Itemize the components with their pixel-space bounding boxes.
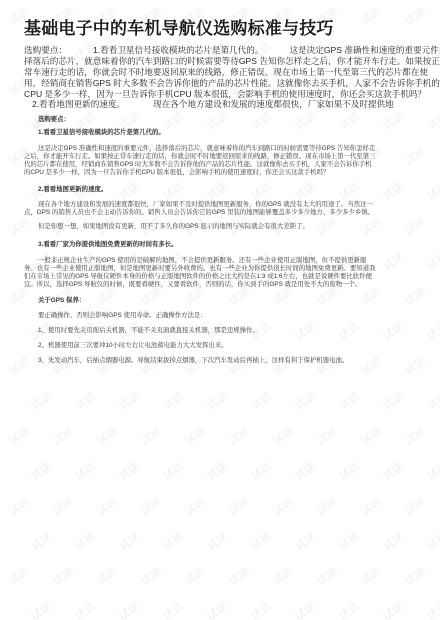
watermark-text: 试读	[379, 598, 406, 620]
watermark-text: 试读	[159, 528, 186, 554]
watermark-text: 试读	[335, 598, 362, 620]
watermark-text: 试读	[225, 423, 252, 449]
watermark-text: 试读	[379, 388, 406, 414]
watermark-text: 试读	[115, 598, 142, 620]
watermark-text: 试读	[159, 598, 186, 620]
watermark-text: 试读	[137, 493, 164, 519]
watermark-text: 试读	[335, 318, 362, 344]
watermark-text: 试读	[401, 3, 428, 29]
watermark-text: 试读	[27, 598, 54, 620]
watermark-text: 试读	[379, 528, 406, 554]
section-3-line: 宜。所以，选择GPS 导航仪的时候，既要看硬件，又要看软件，否则的话，你买到手的…	[24, 279, 361, 288]
watermark-text: 试读	[401, 143, 428, 169]
watermark-text: 试读	[137, 423, 164, 449]
watermark-text: 试读	[313, 493, 340, 519]
watermark-text: 试读	[247, 598, 274, 620]
watermark-text: 试读	[357, 213, 384, 239]
watermark-text: 试读	[401, 213, 428, 239]
watermark-text: 试读	[335, 528, 362, 554]
watermark-text: 试读	[159, 458, 186, 484]
watermark-text: 试读	[423, 248, 440, 274]
watermark-text: 试读	[357, 563, 384, 589]
section-1-line: 的CPU 是多少一样，因为一旦告诉你手机CPU 版本很低，会影响手机的使用速度时…	[24, 167, 329, 176]
watermark-text: 试读	[115, 458, 142, 484]
section-2-line: 点，GPS 的销售人员也不会主动告诉你的。销售人员会告诉你它的GPS 里装的地图…	[24, 207, 374, 216]
watermark-text: 试读	[137, 563, 164, 589]
intro-point-1: 1.看看卫星信号接收模块的芯片是第几代的。	[93, 45, 263, 55]
watermark-text: 试读	[203, 108, 230, 134]
section-2-heading: 2.看看地图更新的速度。	[38, 184, 107, 193]
watermark-text: 试读	[181, 423, 208, 449]
section-2-extra: 但是你想一想，如果地图没有更新，用不了多久你的GPS 显示的地图与实际就会有很大…	[38, 221, 309, 230]
watermark-text: 试读	[357, 3, 384, 29]
watermark-text: 试读	[291, 108, 318, 134]
watermark-text: 试读	[225, 563, 252, 589]
watermark-text: 试读	[313, 423, 340, 449]
watermark-text: 试读	[313, 563, 340, 589]
watermark-text: 试读	[423, 108, 440, 134]
watermark-text: 试读	[291, 318, 318, 344]
watermark-text: 试读	[401, 423, 428, 449]
intro-point-2: 2.看看地图更新的速度。	[32, 99, 125, 109]
watermark-text: 试读	[291, 528, 318, 554]
watermark-text: 试读	[423, 178, 440, 204]
watermark-text: 试读	[203, 528, 230, 554]
section-heading-points: 选购要点：	[38, 114, 70, 123]
watermark-text: 试读	[247, 108, 274, 134]
watermark-text: 试读	[5, 563, 32, 589]
watermark-text: 试读	[379, 178, 406, 204]
watermark-text: 试读	[379, 458, 406, 484]
watermark-text: 试读	[71, 528, 98, 554]
watermark-text: 试读	[5, 493, 32, 519]
watermark-text: 试读	[93, 493, 120, 519]
maintenance-item: 3、先发动汽车，后插点烟器电源。导航结束拔掉点烟器，下次汽车发动后再插上，这样有…	[38, 355, 348, 364]
maintenance-heading: 关于GPS 保养：	[38, 295, 85, 304]
watermark-text: 试读	[49, 423, 76, 449]
maintenance-item: 1、使用时要先关页面后关机器，不能不关页面就直接关机器，那是违规操作。	[38, 325, 259, 334]
watermark-text: 试读	[291, 388, 318, 414]
intro-line: 2.看看地图更新的速度。现在各个地方建设和发展的速度都很快，厂家如果不及时提供地	[32, 98, 394, 110]
intro-label: 选购要点：	[24, 45, 67, 55]
watermark-text: 试读	[291, 598, 318, 620]
watermark-text: 试读	[27, 528, 54, 554]
watermark-text: 试读	[269, 563, 296, 589]
watermark-text: 试读	[401, 283, 428, 309]
watermark-text: 试读	[357, 353, 384, 379]
watermark-text: 试读	[379, 108, 406, 134]
watermark-text: 试读	[269, 423, 296, 449]
watermark-text: 试读	[71, 458, 98, 484]
watermark-text: 试读	[115, 528, 142, 554]
watermark-text: 试读	[247, 388, 274, 414]
watermark-text: 试读	[379, 248, 406, 274]
watermark-text: 试读	[423, 388, 440, 414]
section-1-heading: 1.看看卫星信号接收模块的芯片是第几代的。	[38, 127, 165, 136]
watermark-text: 试读	[379, 318, 406, 344]
watermark-text: 试读	[5, 423, 32, 449]
watermark-text: 试读	[203, 388, 230, 414]
watermark-text: 试读	[335, 458, 362, 484]
section-3-heading: 3.看看厂家为你提供地图免费更新的时间有多长。	[38, 239, 178, 248]
watermark-text: 试读	[247, 458, 274, 484]
watermark-text: 试读	[291, 458, 318, 484]
watermark-text: 试读	[49, 563, 76, 589]
watermark-text: 试读	[423, 598, 440, 620]
watermark-text: 试读	[71, 598, 98, 620]
watermark-text: 试读	[203, 598, 230, 620]
watermark-text: 试读	[5, 213, 32, 239]
maintenance-intro: 要正确操作，否则会影响GPS 使用寿命。正确操作方法是：	[38, 310, 207, 319]
watermark-text: 试读	[357, 493, 384, 519]
watermark-text: 试读	[115, 388, 142, 414]
watermark-text: 试读	[423, 528, 440, 554]
watermark-text: 试读	[401, 493, 428, 519]
intro-text: 这是决定GPS 准确性和速度的重要元件，选	[289, 45, 440, 55]
intro-text: 现在各个地方建设和发展的速度都很快，厂家如果不及时提供地	[153, 99, 394, 109]
watermark-text: 试读	[181, 563, 208, 589]
watermark-text: 试读	[335, 388, 362, 414]
watermark-text: 试读	[93, 423, 120, 449]
watermark-text: 试读	[335, 108, 362, 134]
watermark-text: 试读	[401, 353, 428, 379]
watermark-text: 试读	[5, 353, 32, 379]
watermark-text: 试读	[27, 458, 54, 484]
maintenance-item: 2、机器使用前三次要冲10小时左右让电池蓄电能力大大发挥出来。	[38, 340, 228, 349]
watermark-text: 试读	[357, 423, 384, 449]
watermark-text: 试读	[423, 458, 440, 484]
watermark-text: 试读	[93, 563, 120, 589]
watermark-text: 试读	[181, 493, 208, 519]
watermark-text: 试读	[247, 528, 274, 554]
watermark-text: 试读	[49, 493, 76, 519]
watermark-text: 试读	[269, 493, 296, 519]
watermark-text: 试读	[357, 283, 384, 309]
document-title: 基础电子中的车机导航仪选购标准与技巧	[24, 14, 334, 39]
watermark-text: 试读	[225, 493, 252, 519]
watermark-text: 试读	[313, 213, 340, 239]
watermark-text: 试读	[203, 458, 230, 484]
watermark-text: 试读	[401, 563, 428, 589]
document-page: 试读试读试读试读试读试读试读试读试读试读试读试读试读试读试读试读试读试读试读试读…	[0, 0, 440, 620]
watermark-text: 试读	[71, 388, 98, 414]
watermark-text: 试读	[423, 318, 440, 344]
watermark-text: 试读	[159, 388, 186, 414]
watermark-text: 试读	[27, 388, 54, 414]
